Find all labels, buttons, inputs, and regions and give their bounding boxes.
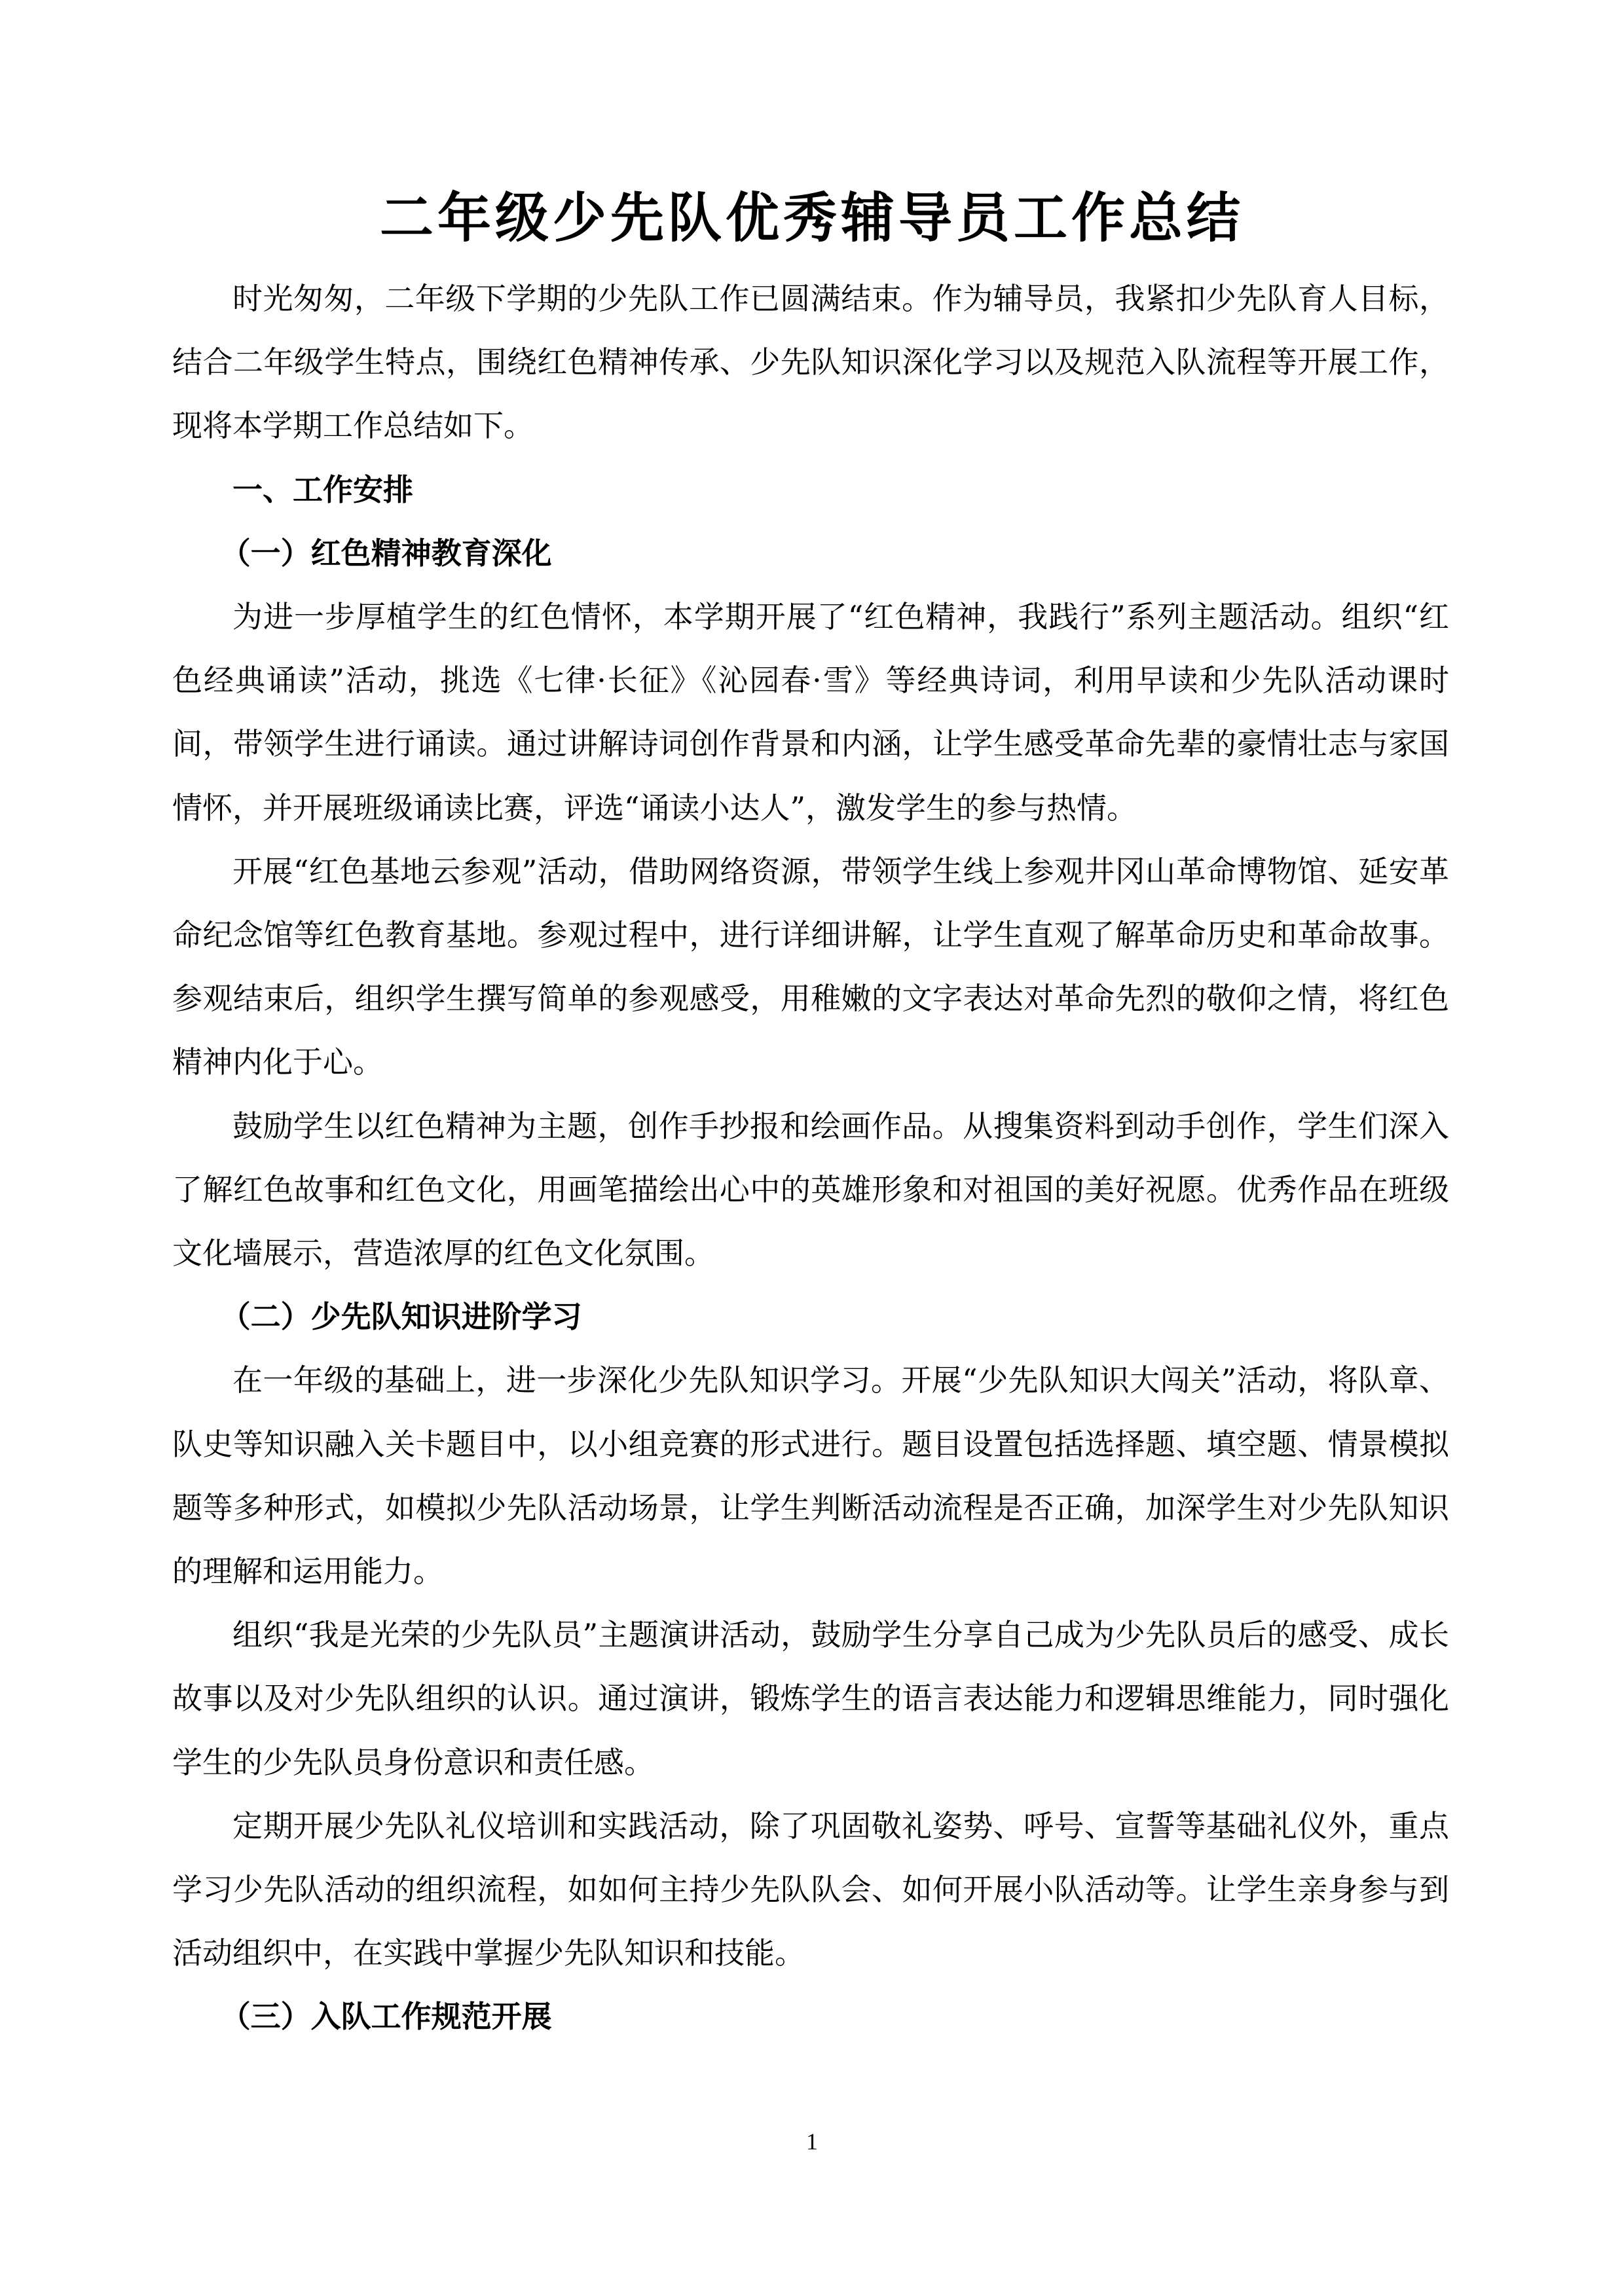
subsection-heading-joining-work: （三）入队工作规范开展 (172, 1985, 1449, 2049)
subsection-heading-knowledge-learning: （二）少先队知识进阶学习 (172, 1285, 1449, 1349)
paragraph: 鼓励学生以红色精神为主题，创作手抄报和绘画作品。从搜集资料到动手创作，学生们深入… (172, 1095, 1449, 1286)
paragraph: 定期开展少先队礼仪培训和实践活动，除了巩固敬礼姿势、呼号、宣誓等基础礼仪外，重点… (172, 1795, 1449, 1986)
paragraph: 为进一步厚植学生的红色情怀，本学期开展了“红色精神，我践行”系列主题活动。组织“… (172, 585, 1449, 840)
intro-paragraph: 时光匆匆，二年级下学期的少先队工作已圆满结束。作为辅导员，我紧扣少先队育人目标，… (172, 267, 1449, 458)
document-body: 时光匆匆，二年级下学期的少先队工作已圆满结束。作为辅导员，我紧扣少先队育人目标，… (172, 267, 1449, 2049)
paragraph: 在一年级的基础上，进一步深化少先队知识学习。开展“少先队知识大闯关”活动，将队章… (172, 1349, 1449, 1603)
subsection-heading-red-spirit: （一）红色精神教育深化 (172, 522, 1449, 585)
paragraph: 组织“我是光荣的少先队员”主题演讲活动，鼓励学生分享自己成为少先队员后的感受、成… (172, 1603, 1449, 1795)
page-number: 1 (0, 2128, 1624, 2155)
paragraph: 开展“红色基地云参观”活动，借助网络资源，带领学生线上参观井冈山革命博物馆、延安… (172, 840, 1449, 1095)
document-page: 二年级少先队优秀辅导员工作总结 时光匆匆，二年级下学期的少先队工作已圆满结束。作… (0, 0, 1624, 2296)
section-heading-work-arrangement: 一、工作安排 (172, 458, 1449, 522)
document-title: 二年级少先队优秀辅导员工作总结 (0, 182, 1624, 254)
